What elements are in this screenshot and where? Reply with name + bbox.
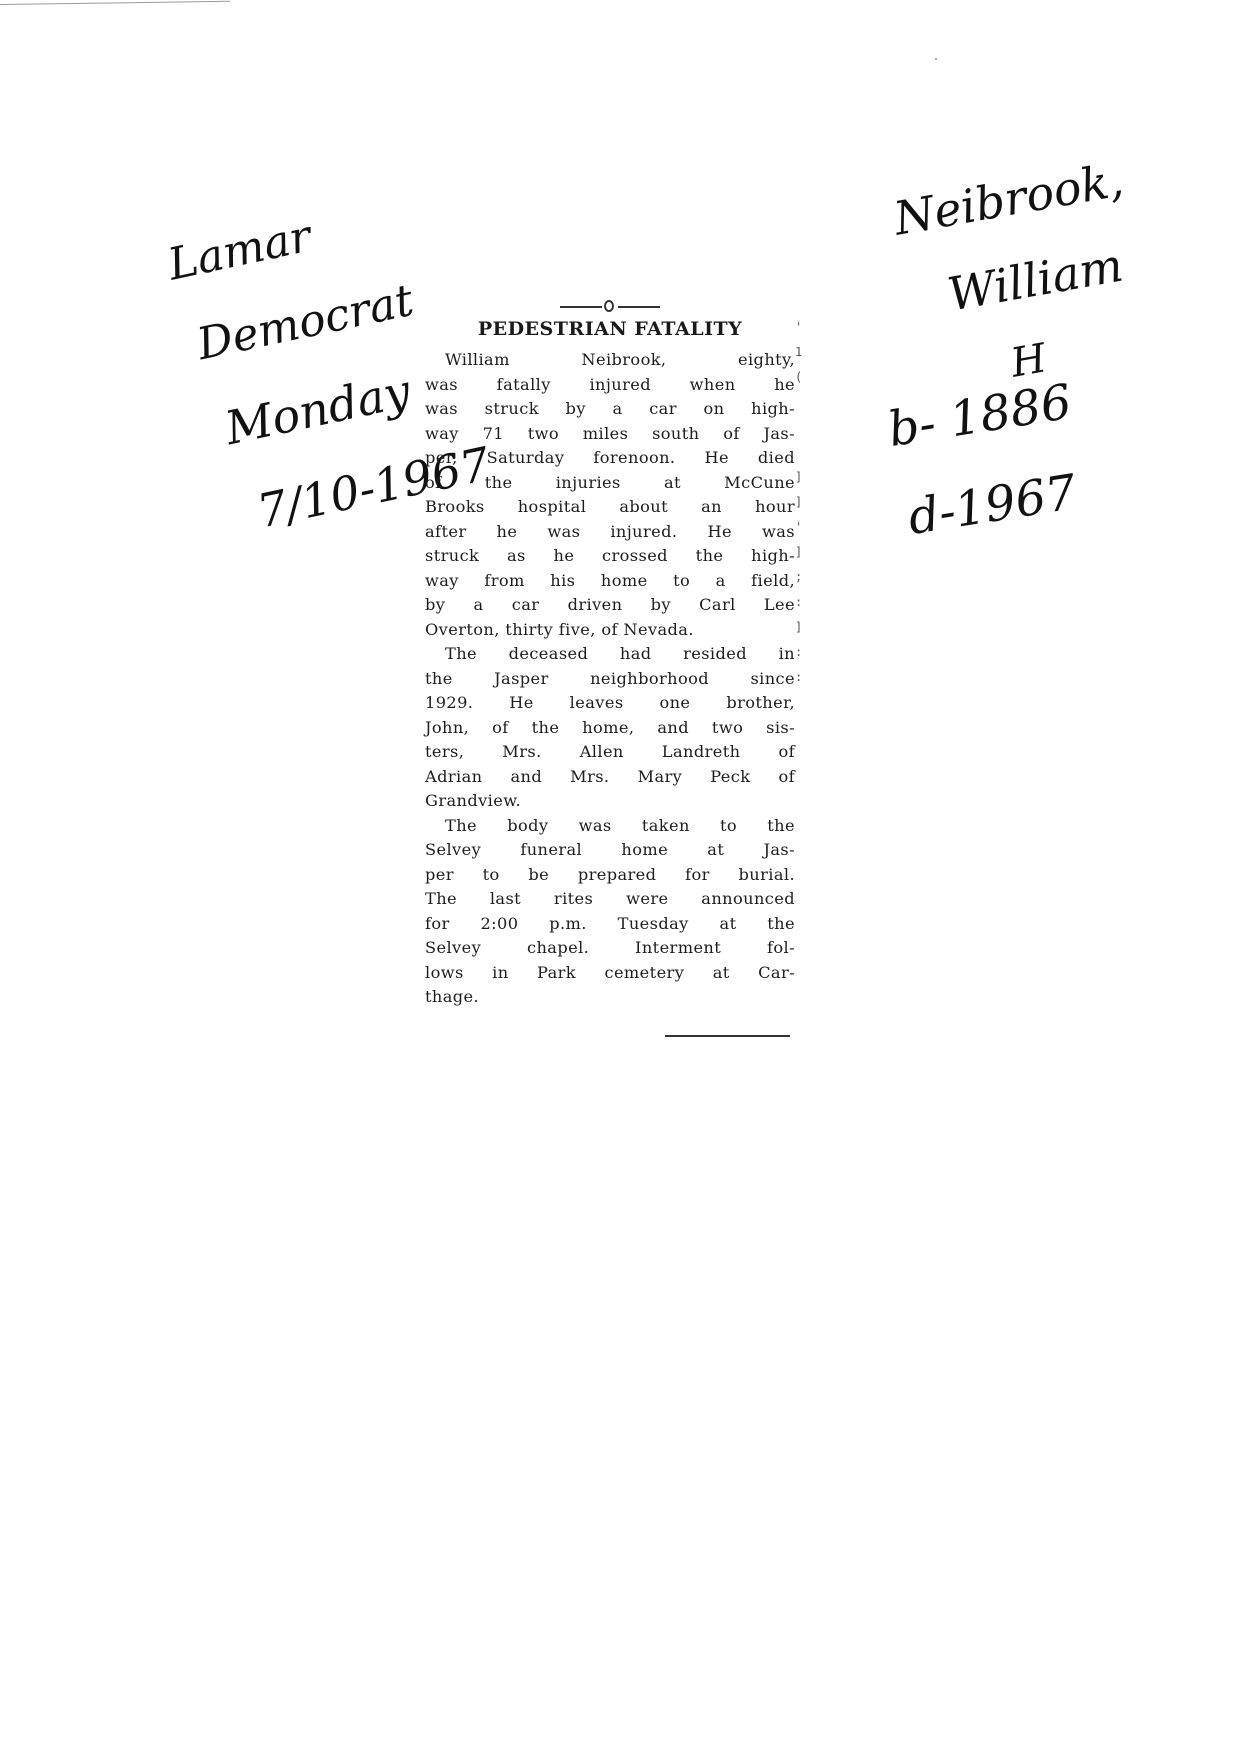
- clipping-line: ters, Mrs. Allen Landreth of: [425, 740, 795, 765]
- handwritten-given-name: William: [945, 239, 1142, 318]
- clipping-paragraph: The body was taken to theSelvey funeral …: [425, 814, 795, 1010]
- clipping-line: after he was injured. He was: [425, 520, 795, 545]
- clipping-headline: PEDESTRIAN FATALITY: [425, 318, 795, 340]
- clipping-body: William Neibrook, eighty,was fatally inj…: [425, 348, 795, 1010]
- clipping-line: by a car driven by Carl Lee: [425, 593, 795, 618]
- clipping-line: John, of the home, and two sis-: [425, 716, 795, 741]
- clipping-line: Adrian and Mrs. Mary Peck of: [425, 765, 795, 790]
- clipping-line: 1929. He leaves one brother,: [425, 691, 795, 716]
- clipping-line: William Neibrook, eighty,: [425, 348, 795, 373]
- clipping-line: Grandview.: [425, 789, 795, 814]
- headline-ornament: [560, 300, 660, 314]
- clipping-line: per, Saturday forenoon. He died: [425, 446, 795, 471]
- clipping-line: The last rites were announced: [425, 887, 795, 912]
- scan-edge-line: [0, 1, 230, 5]
- handwritten-surname: Neibrook,: [891, 156, 1127, 242]
- scan-speck: [935, 58, 937, 60]
- clipping-line: for 2:00 p.m. Tuesday at the: [425, 912, 795, 937]
- clipping-line: way 71 two miles south of Jas-: [425, 422, 795, 447]
- handwritten-life-dates: b- 1886 d-1967: [880, 346, 1091, 559]
- clipping-line: The deceased had resided in: [425, 642, 795, 667]
- clipping-line: was struck by a car on high-: [425, 397, 795, 422]
- clipping-line: thage.: [425, 985, 795, 1010]
- clipping-line: of the injuries at McCune: [425, 471, 795, 496]
- clipping-line: Overton, thirty five, of Nevada.: [425, 618, 795, 643]
- clipping-line: lows in Park cemetery at Car-: [425, 961, 795, 986]
- clipping-line: struck as he crossed the high-: [425, 544, 795, 569]
- newspaper-clipping: PEDESTRIAN FATALITY William Neibrook, ei…: [425, 300, 795, 1010]
- clipping-paragraph: The deceased had resided inthe Jasper ne…: [425, 642, 795, 814]
- clipping-line: Selvey funeral home at Jas-: [425, 838, 795, 863]
- handwritten-newspaper-line2: Democrat: [194, 270, 457, 367]
- handwritten-newspaper-line1: Lamar: [164, 188, 439, 288]
- clipping-line: was fatally injured when he: [425, 373, 795, 398]
- clipping-line: the Jasper neighborhood since: [425, 667, 795, 692]
- clipping-line: way from his home to a field,: [425, 569, 795, 594]
- clipping-line: Selvey chapel. Interment fol-: [425, 936, 795, 961]
- clipping-line: The body was taken to the: [425, 814, 795, 839]
- handwritten-birth-year: b- 1886: [885, 378, 1075, 454]
- clipping-line: Brooks hospital about an hour: [425, 495, 795, 520]
- clipping-line: per to be prepared for burial.: [425, 863, 795, 888]
- column-gutter-marks: '1( ]]'];:]::: [795, 290, 815, 790]
- handwritten-death-year: d-1967: [905, 467, 1089, 542]
- clipping-end-rule: [665, 1035, 790, 1037]
- clipping-paragraph: William Neibrook, eighty,was fatally inj…: [425, 348, 795, 642]
